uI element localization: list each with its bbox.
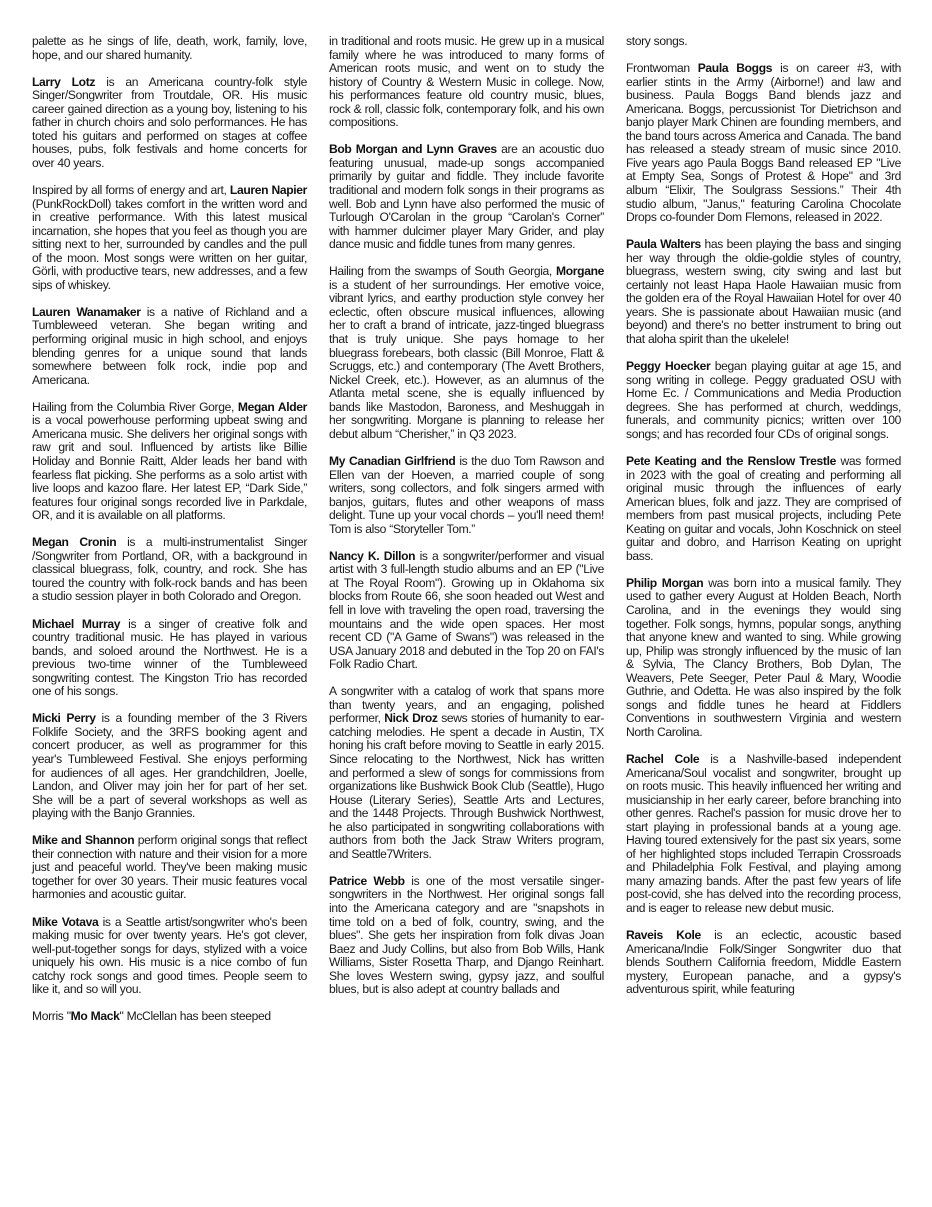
artist-name: Larry Lotz [32,75,95,89]
artist-name: Morgane [556,264,604,278]
artist-name: Nick Droz [384,711,437,725]
artist-name: Pete Keating and the Renslow Trestle [626,454,836,468]
artist-name: Lauren Wanamaker [32,305,141,319]
artist-name: Peggy Hoecker [626,359,710,373]
paragraph-continuation: in traditional and roots music. He grew … [329,35,604,130]
bio-larry-lotz: Larry Lotz is an Americana country-folk … [32,76,307,171]
bio-bob-morgan-lynn-graves: Bob Morgan and Lynn Graves are an acoust… [329,143,604,251]
bio-micki-perry: Micki Perry is a founding member of the … [32,712,307,820]
bio-lauren-wanamaker: Lauren Wanamaker is a native of Richland… [32,306,307,387]
artist-name: Michael Murray [32,617,120,631]
paragraph-continuation: story songs. [626,35,901,49]
artist-name: Megan Alder [238,400,307,414]
artist-name: Mike Votava [32,915,98,929]
column-left: palette as he sings of life, death, work… [32,35,307,1024]
bio-nancy-k-dillon: Nancy K. Dillon is a songwriter/performe… [329,550,604,672]
bio-philip-morgan: Philip Morgan was born into a musical fa… [626,577,901,740]
artist-name: Mike and Shannon [32,833,134,847]
bio-peggy-hoecker: Peggy Hoecker began playing guitar at ag… [626,360,901,441]
artist-name: Megan Cronin [32,535,116,549]
bio-raveis-kole: Raveis Kole is an eclectic, acoustic bas… [626,929,901,997]
bio-patrice-webb: Patrice Webb is one of the most versatil… [329,875,604,997]
paragraph-continuation: palette as he sings of life, death, work… [32,35,307,62]
artist-name: Paula Boggs [698,61,772,75]
artist-name: Bob Morgan and Lynn Graves [329,142,497,156]
bio-morgane: Hailing from the swamps of South Georgia… [329,265,604,441]
artist-name: My Canadian Girlfriend [329,454,455,468]
bio-mo-mack: Morris "Mo Mack" McClellan has been stee… [32,1010,307,1024]
artist-name: Mo Mack [71,1009,120,1023]
bio-nick-droz: A songwriter with a catalog of work that… [329,685,604,861]
artist-name: Lauren Napier [230,183,307,197]
bio-paula-boggs: Frontwoman Paula Boggs is on career #3, … [626,62,901,225]
column-middle: in traditional and roots music. He grew … [329,35,604,1024]
artist-name: Raveis Kole [626,928,701,942]
column-right: story songs. Frontwoman Paula Boggs is o… [626,35,901,1024]
document-page: palette as he sings of life, death, work… [32,35,902,1024]
bio-pete-keating: Pete Keating and the Renslow Trestle was… [626,455,901,563]
artist-name: Paula Walters [626,237,701,251]
bio-mike-and-shannon: Mike and Shannon perform original songs … [32,834,307,902]
artist-name: Patrice Webb [329,874,405,888]
bio-my-canadian-girlfriend: My Canadian Girlfriend is the duo Tom Ra… [329,455,604,536]
bio-megan-cronin: Megan Cronin is a multi-instrumentalist … [32,536,307,604]
artist-name: Philip Morgan [626,576,703,590]
bio-michael-murray: Michael Murray is a singer of creative f… [32,618,307,699]
artist-name: Micki Perry [32,711,96,725]
bio-paula-walters: Paula Walters has been playing the bass … [626,238,901,346]
bio-megan-alder: Hailing from the Columbia River Gorge, M… [32,401,307,523]
bio-mike-votava: Mike Votava is a Seattle artist/songwrit… [32,916,307,997]
artist-name: Nancy K. Dillon [329,549,415,563]
bio-lauren-napier: Inspired by all forms of energy and art,… [32,184,307,292]
artist-name: Rachel Cole [626,752,699,766]
bio-rachel-cole: Rachel Cole is a Nashville-based indepen… [626,753,901,916]
